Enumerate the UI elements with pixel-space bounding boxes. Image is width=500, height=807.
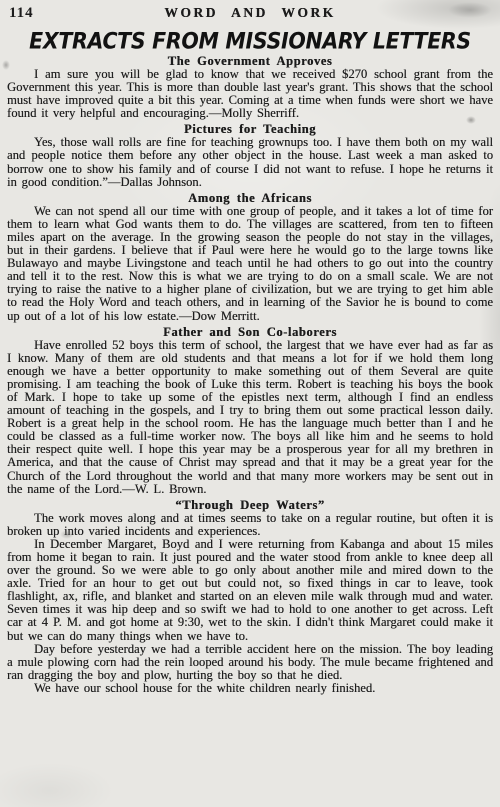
paragraph: I am sure you will be glad to know that … [7,68,493,120]
section-heading: Among the Africans [7,192,493,205]
paragraph: Day before yesterday we had a terrible a… [7,643,493,682]
section-government-approves: The Government Approves I am sure you wi… [7,55,493,120]
paragraph: We have our school house for the white c… [7,682,493,695]
article-headline: EXTRACTS FROM MISSIONARY LETTERS [7,28,493,54]
section-heading: Father and Son Co-laborers [7,326,493,339]
paragraph: Yes, those wall rolls are fine for teach… [7,136,493,188]
section-among-the-africans: Among the Africans We can not spend all … [7,192,493,323]
section-father-and-son-colaborers: Father and Son Co-laborers Have enrolled… [7,326,493,496]
page-number: 114 [9,5,34,22]
masthead: 114 WORD AND WORK [7,4,493,23]
section-pictures-for-teaching: Pictures for Teaching Yes, those wall ro… [7,123,493,188]
section-heading: “Through Deep Waters” [7,499,493,512]
paragraph: Have enrolled 52 boys this term of schoo… [7,339,493,496]
paragraph: In December Margaret, Boyd and I were re… [7,538,493,643]
scanned-magazine-page: 114 WORD AND WORK EXTRACTS FROM MISSIONA… [0,0,500,807]
paragraph: We can not spend all our time with one g… [7,205,493,323]
journal-title: WORD AND WORK [164,5,335,20]
section-through-deep-waters: “Through Deep Waters” The work moves alo… [7,499,493,695]
paragraph: The work moves along and at times seems … [7,512,493,538]
